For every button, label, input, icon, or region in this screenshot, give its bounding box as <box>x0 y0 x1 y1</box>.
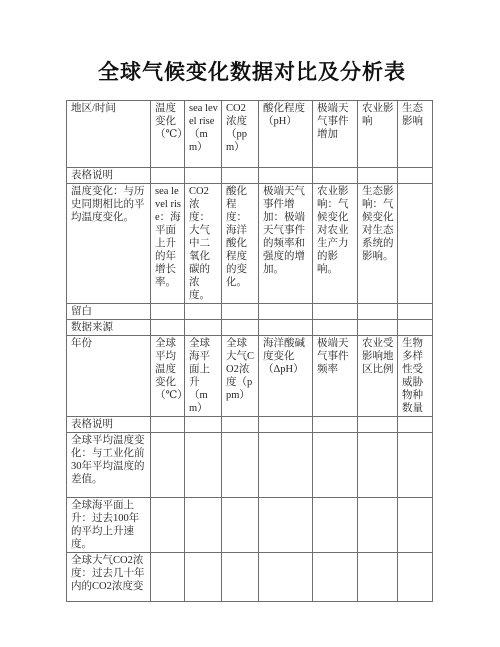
note-temperature-row-cell-4 <box>259 433 313 498</box>
note-sea-level-row-cell-3 <box>222 498 259 553</box>
note-temperature-row-cell-0: 全球平均温度变化：与工业化前30年平均温度的差值。 <box>67 433 151 498</box>
column-header-row-cell-7: 生态影响 <box>398 101 433 168</box>
data-source-row-cell-4 <box>259 320 313 336</box>
section-label-row-table-notes-1-cell-7 <box>398 168 433 184</box>
data-source-row-cell-6 <box>358 320 398 336</box>
column-header-row-cell-4: 酸化程度（pH） <box>259 101 313 168</box>
note-co2-row-cell-2 <box>185 553 222 602</box>
note-sea-level-row-cell-5 <box>313 498 358 553</box>
section-label-row-table-notes-2-cell-7 <box>398 417 433 433</box>
section-label-row-table-notes-2-cell-4 <box>259 417 313 433</box>
section-label-row-table-notes-1-cell-6 <box>358 168 398 184</box>
column-header-row-cell-2: sea level rise（mm） <box>185 101 222 168</box>
definitions-row-cell-7 <box>398 184 433 304</box>
year-header-row-cell-4: 海洋酸碱度变化（ΔpH） <box>259 336 313 417</box>
note-co2-row-cell-3 <box>222 553 259 602</box>
blank-space-row-cell-3 <box>222 304 259 320</box>
blank-space-row-cell-6 <box>358 304 398 320</box>
blank-space-row-cell-2 <box>185 304 222 320</box>
note-temperature-row-cell-5 <box>313 433 358 498</box>
column-header-row: 地区/时间温度变化（℃）sea level rise（mm）CO2浓度（ppm）… <box>67 101 433 168</box>
year-header-row-cell-1: 全球平均温度变化（℃） <box>151 336 185 417</box>
note-temperature-row-cell-6 <box>358 433 398 498</box>
blank-space-row-cell-7 <box>398 304 433 320</box>
data-source-row: 数据来源 <box>67 320 433 336</box>
year-header-row: 年份全球平均温度变化（℃）全球海平面上升（mm）全球大气CO2浓度（ppm）海洋… <box>67 336 433 417</box>
definitions-row-cell-5: 农业影响：气候变化对农业生产力的影响。 <box>313 184 358 304</box>
note-sea-level-row-cell-7 <box>398 498 433 553</box>
section-label-row-table-notes-2-cell-6 <box>358 417 398 433</box>
note-co2-row-cell-6 <box>358 553 398 602</box>
year-header-row-cell-3: 全球大气CO2浓度（ppm） <box>222 336 259 417</box>
section-label-row-table-notes-1-cell-1 <box>151 168 185 184</box>
section-label-row-table-notes-2-cell-0: 表格说明 <box>67 417 151 433</box>
section-label-row-table-notes-1: 表格说明 <box>67 168 433 184</box>
data-source-row-cell-0: 数据来源 <box>67 320 151 336</box>
section-label-row-table-notes-1-cell-0: 表格说明 <box>67 168 151 184</box>
note-co2-row-cell-5 <box>313 553 358 602</box>
section-label-row-table-notes-2-cell-2 <box>185 417 222 433</box>
section-label-row-table-notes-2-cell-5 <box>313 417 358 433</box>
data-source-row-cell-7 <box>398 320 433 336</box>
document-page: 全球气候变化数据对比及分析表 地区/时间温度变化（℃）sea level ris… <box>0 0 500 647</box>
column-header-row-cell-1: 温度变化（℃） <box>151 101 185 168</box>
definitions-row-cell-1: sea level rise：海平面上升的年增长率。 <box>151 184 185 304</box>
definitions-row-cell-3: 酸化程度：海洋酸化程度的变化。 <box>222 184 259 304</box>
blank-space-row-cell-4 <box>259 304 313 320</box>
note-temperature-row-cell-1 <box>151 433 185 498</box>
note-temperature-row: 全球平均温度变化：与工业化前30年平均温度的差值。 <box>67 433 433 498</box>
note-sea-level-row-cell-1 <box>151 498 185 553</box>
column-header-row-cell-5: 极端天气事件增加 <box>313 101 358 168</box>
data-source-row-cell-2 <box>185 320 222 336</box>
data-source-row-cell-3 <box>222 320 259 336</box>
section-label-row-table-notes-1-cell-2 <box>185 168 222 184</box>
section-label-row-table-notes-2: 表格说明 <box>67 417 433 433</box>
data-source-row-cell-1 <box>151 320 185 336</box>
definitions-row-cell-4: 极端天气事件增加：极端天气事件的频率和强度的增加。 <box>259 184 313 304</box>
note-sea-level-row-cell-4 <box>259 498 313 553</box>
section-label-row-table-notes-2-cell-3 <box>222 417 259 433</box>
column-header-row-cell-0: 地区/时间 <box>67 101 151 168</box>
definitions-row-cell-6: 生态影响：气候变化对生态系统的影响。 <box>358 184 398 304</box>
section-label-row-table-notes-1-cell-3 <box>222 168 259 184</box>
section-label-row-table-notes-1-cell-4 <box>259 168 313 184</box>
blank-space-row-cell-0: 留白 <box>67 304 151 320</box>
column-header-row-cell-3: CO2浓度（ppm） <box>222 101 259 168</box>
climate-data-table: 地区/时间温度变化（℃）sea level rise（mm）CO2浓度（ppm）… <box>66 100 433 602</box>
section-label-row-table-notes-2-cell-1 <box>151 417 185 433</box>
year-header-row-cell-2: 全球海平面上升（mm） <box>185 336 222 417</box>
year-header-row-cell-6: 农业受影响地区比例 <box>358 336 398 417</box>
note-temperature-row-cell-2 <box>185 433 222 498</box>
note-temperature-row-cell-7 <box>398 433 433 498</box>
note-co2-row-cell-7 <box>398 553 433 602</box>
note-sea-level-row-cell-2 <box>185 498 222 553</box>
year-header-row-cell-7: 生物多样性受威胁物种数量 <box>398 336 433 417</box>
blank-space-row: 留白 <box>67 304 433 320</box>
note-sea-level-row-cell-6 <box>358 498 398 553</box>
column-header-row-cell-6: 农业影响 <box>358 101 398 168</box>
note-temperature-row-cell-3 <box>222 433 259 498</box>
note-co2-row-cell-1 <box>151 553 185 602</box>
data-source-row-cell-5 <box>313 320 358 336</box>
definitions-row: 温度变化：与历史同期相比的平均温度变化。sea level rise：海平面上升… <box>67 184 433 304</box>
note-co2-row: 全球大气CO2浓度：过去几十年内的CO2浓度变 <box>67 553 433 602</box>
page-title: 全球气候变化数据对比及分析表 <box>66 56 438 86</box>
year-header-row-cell-0: 年份 <box>67 336 151 417</box>
year-header-row-cell-5: 极端天气事件频率 <box>313 336 358 417</box>
definitions-row-cell-0: 温度变化：与历史同期相比的平均温度变化。 <box>67 184 151 304</box>
section-label-row-table-notes-1-cell-5 <box>313 168 358 184</box>
note-sea-level-row-cell-0: 全球海平面上升：过去100年的平均上升速度。 <box>67 498 151 553</box>
definitions-row-cell-2: CO2浓度：大气中二氧化碳的浓度。 <box>185 184 222 304</box>
blank-space-row-cell-1 <box>151 304 185 320</box>
note-sea-level-row: 全球海平面上升：过去100年的平均上升速度。 <box>67 498 433 553</box>
note-co2-row-cell-4 <box>259 553 313 602</box>
note-co2-row-cell-0: 全球大气CO2浓度：过去几十年内的CO2浓度变 <box>67 553 151 602</box>
blank-space-row-cell-5 <box>313 304 358 320</box>
